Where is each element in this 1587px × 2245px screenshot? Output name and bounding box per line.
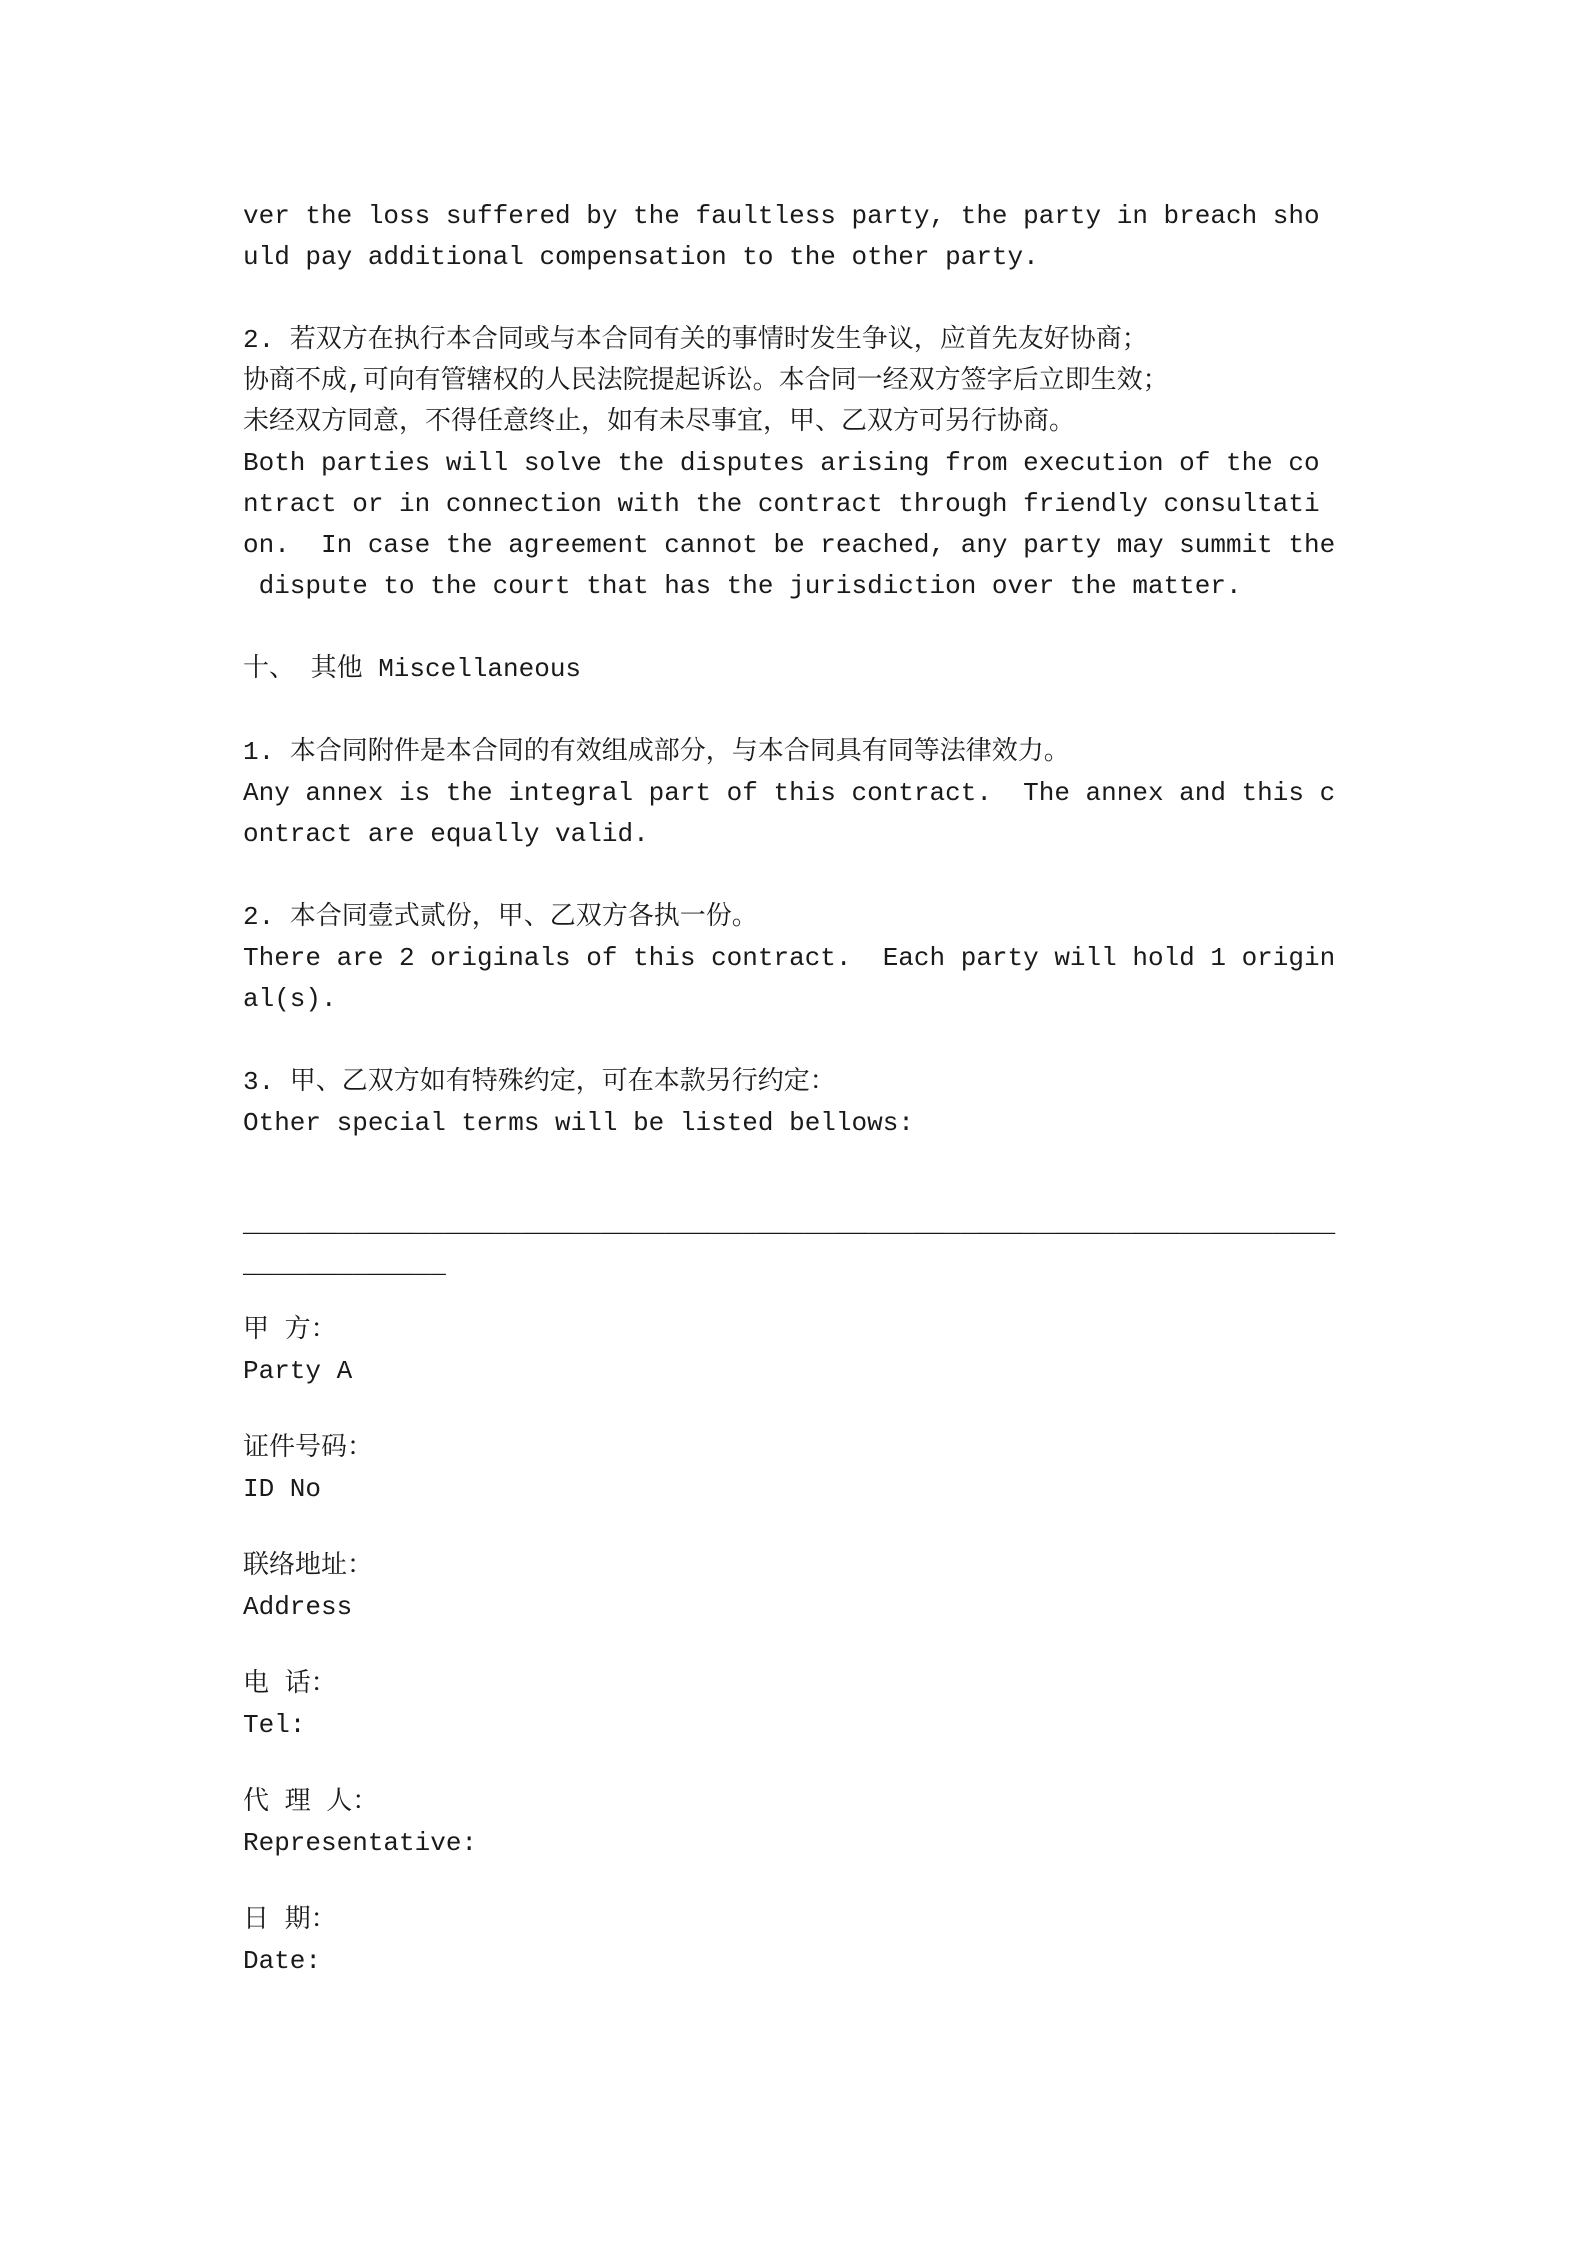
signature-label-cn: 证件号码：: [243, 1428, 1447, 1469]
document-line: 3. 甲、乙双方如有特殊约定，可在本款另行约定：: [243, 1062, 1447, 1103]
document-line: ntract or in connection with the contrac…: [243, 484, 1447, 525]
signature-label-en: ID No: [243, 1469, 1447, 1510]
document-line: 1. 本合同附件是本合同的有效组成部分，与本合同具有同等法律效力。: [243, 732, 1447, 773]
document-line: 2. 本合同壹式贰份，甲、乙双方各执一份。: [243, 897, 1447, 938]
document-line: dispute to the court that has the jurisd…: [243, 566, 1447, 607]
signature-tel: 电 话： Tel:: [243, 1664, 1447, 1746]
signature-label-en: Tel:: [243, 1705, 1447, 1746]
document-line: 协商不成,可向有管辖权的人民法院提起诉讼。本合同一经双方签字后立即生效；: [243, 361, 1447, 402]
document-line: Any annex is the integral part of this c…: [243, 773, 1447, 814]
document-page: ver the loss suffered by the faultless p…: [0, 0, 1587, 2245]
clause-special-terms: 3. 甲、乙双方如有特殊约定，可在本款另行约定： Other special t…: [243, 1062, 1447, 1144]
document-line: ver the loss suffered by the faultless p…: [243, 196, 1447, 237]
special-terms-blank-underline: ________________________________________…: [243, 1204, 1447, 1286]
signature-label-cn: 日 期：: [243, 1900, 1447, 1941]
clause-dispute-resolution: 2. 若双方在执行本合同或与本合同有关的事情时发生争议，应首先友好协商； 协商不…: [243, 320, 1447, 607]
document-line: uld pay additional compensation to the o…: [243, 237, 1447, 278]
signature-label-cn: 甲 方：: [243, 1310, 1447, 1351]
clause-breach-compensation-continuation: ver the loss suffered by the faultless p…: [243, 196, 1447, 278]
document-line: Other special terms will be listed bello…: [243, 1103, 1447, 1144]
signature-representative: 代 理 人： Representative:: [243, 1782, 1447, 1864]
document-line: There are 2 originals of this contract. …: [243, 938, 1447, 979]
heading-miscellaneous: 十、 其他 Miscellaneous: [243, 649, 1447, 690]
signature-label-en: Date:: [243, 1941, 1447, 1982]
signature-label-en: Representative:: [243, 1823, 1447, 1864]
clause-contract-originals: 2. 本合同壹式贰份，甲、乙双方各执一份。 There are 2 origin…: [243, 897, 1447, 1020]
document-line: 未经双方同意，不得任意终止，如有未尽事宜，甲、乙双方可另行协商。: [243, 402, 1447, 443]
signature-label-cn: 联络地址：: [243, 1546, 1447, 1587]
clause-annex-validity: 1. 本合同附件是本合同的有效组成部分，与本合同具有同等法律效力。 Any an…: [243, 732, 1447, 855]
document-line: al(s).: [243, 979, 1447, 1020]
document-line: ontract are equally valid.: [243, 814, 1447, 855]
signature-party-a: 甲 方： Party A: [243, 1310, 1447, 1392]
document-line: 2. 若双方在执行本合同或与本合同有关的事情时发生争议，应首先友好协商；: [243, 320, 1447, 361]
underline-blank: ________________________________________…: [243, 1204, 1447, 1245]
signature-id-no: 证件号码： ID No: [243, 1428, 1447, 1510]
signature-date: 日 期： Date:: [243, 1900, 1447, 1982]
signature-label-en: Party A: [243, 1351, 1447, 1392]
section-heading-line: 十、 其他 Miscellaneous: [243, 649, 1447, 690]
document-line: Both parties will solve the disputes ari…: [243, 443, 1447, 484]
document-line: on. In case the agreement cannot be reac…: [243, 525, 1447, 566]
signature-label-en: Address: [243, 1587, 1447, 1628]
signature-label-cn: 代 理 人：: [243, 1782, 1447, 1823]
signature-label-cn: 电 话：: [243, 1664, 1447, 1705]
underline-blank: _____________: [243, 1245, 1447, 1286]
signature-address: 联络地址： Address: [243, 1546, 1447, 1628]
